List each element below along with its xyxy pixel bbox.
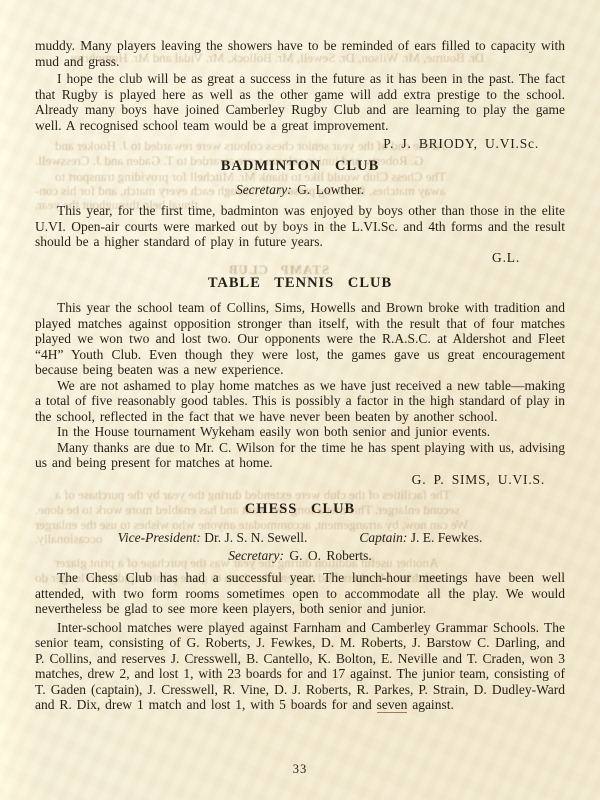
chess-captain-name: J. E. Fewkes. <box>411 530 483 545</box>
page-number: 33 <box>0 762 600 777</box>
table-tennis-club-heading: TABLE TENNIS CLUB <box>35 275 565 292</box>
rugby-report-continuation: muddy. Many players leaving the showers … <box>35 38 565 69</box>
table-tennis-paragraph-1: This year the school team of Collins, Si… <box>35 300 565 378</box>
chess-paragraph-1: The Chess Club has had a successful year… <box>35 570 565 617</box>
scanned-magazine-page: Dr. Bourne, Mr. Wilson, Dr. Sewell, Mr. … <box>0 0 600 800</box>
chess-underlined-word: seven <box>377 697 408 713</box>
badminton-paragraph: This year, for the first time, badminton… <box>35 203 565 250</box>
chess-vice-president-label: Vice-President: <box>118 530 201 545</box>
chess-captain: Captain: J. E. Fewkes. <box>359 530 482 546</box>
chess-club-heading: CHESS CLUB <box>35 501 565 518</box>
chess-officers-line: Vice-President: Dr. J. S. N. Sewell. Cap… <box>35 530 565 546</box>
chess-paragraph-2: Inter-school matches were played against… <box>35 620 565 713</box>
page-content: muddy. Many players leaving the showers … <box>35 38 565 713</box>
chess-secretary-line: Secretary: G. O. Roberts. <box>35 548 565 564</box>
table-tennis-paragraph-4: Many thanks are due to Mr. C. Wilson for… <box>35 440 565 471</box>
table-tennis-paragraph-3: In the House tournament Wykeham easily w… <box>35 424 565 440</box>
rugby-report-paragraph: I hope the club will be as great a succe… <box>35 71 565 133</box>
rugby-report-signature: P. J. BRIODY, U.VI.Sc. <box>35 136 565 152</box>
badminton-signature: G.L. <box>35 250 565 266</box>
table-tennis-paragraph-2: We are not ashamed to play home matches … <box>35 378 565 425</box>
chess-secretary-label: Secretary: <box>228 548 284 563</box>
badminton-secretary-name: G. Lowther. <box>297 182 364 197</box>
chess-paragraph-2-end: against. <box>407 697 454 712</box>
badminton-secretary-label: Secretary: <box>236 182 292 197</box>
badminton-secretary-line: Secretary: G. Lowther. <box>35 182 565 198</box>
chess-vice-president-name: Dr. J. S. N. Sewell. <box>204 530 307 545</box>
table-tennis-signature: G. P. SIMS, U.VI.S. <box>35 472 565 488</box>
chess-vice-president: Vice-President: Dr. J. S. N. Sewell. <box>118 530 308 546</box>
chess-captain-label: Captain: <box>359 530 407 545</box>
chess-paragraph-2-text: Inter-school matches were played against… <box>35 620 565 713</box>
badminton-club-heading: BADMINTON CLUB <box>35 158 565 175</box>
chess-secretary-name: G. O. Roberts. <box>289 548 371 563</box>
